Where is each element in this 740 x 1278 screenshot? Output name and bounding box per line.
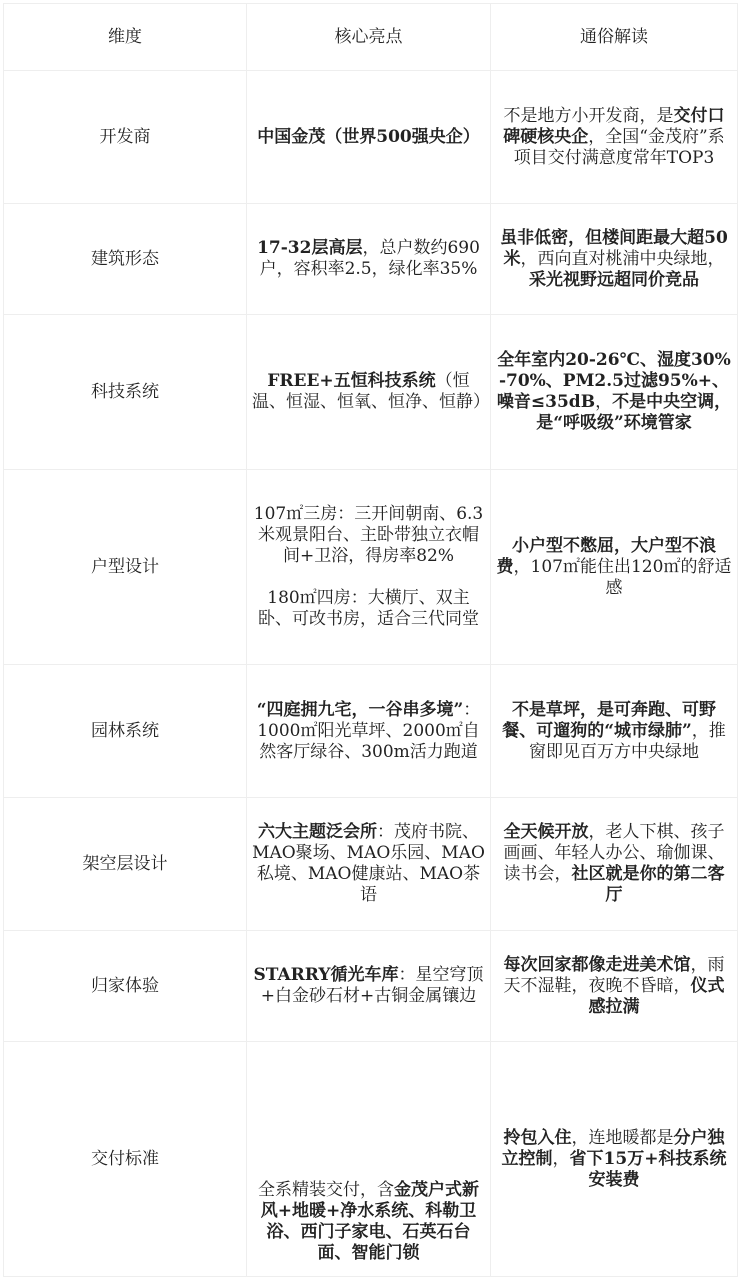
bold-text: 每次回家都像走进美术馆 <box>504 955 691 975</box>
highlight-cell: 六大主题泛会所：茂府书院、MAO聚场、MAO乐园、MAO私境、MAO健康站、MA… <box>247 798 491 931</box>
table-row: 园林系统“四庭拥九宅，一谷串多境”：1000㎡阳光草坪、2000㎡自然客厅绿谷、… <box>4 665 738 798</box>
bold-text: FREE+五恒科技系统 <box>267 371 435 391</box>
interpretation-cell: 小户型不憋屈，大户型不浪费，107㎡能住出120㎡的舒适感 <box>491 470 738 665</box>
highlight-cell: STARRY循光车库：星空穹顶+白金砂石材+古铜金属镶边 <box>247 931 491 1042</box>
table-header-row: 维度 核心亮点 通俗解读 <box>4 4 738 71</box>
bold-text: 采光视野远超同价竞品 <box>529 270 699 290</box>
table-row: 交付标准全系精装交付，含金茂户式新风+地暖+净水系统、科勒卫浴、西门子家电、石英… <box>4 1042 738 1277</box>
paragraph: 每次回家都像走进美术馆，雨天不湿鞋，夜晚不昏暗，仪式感拉满 <box>504 955 725 1017</box>
table-row: 科技系统FREE+五恒科技系统（恒温、恒湿、恒氧、恒净、恒静）全年室内20-26… <box>4 315 738 470</box>
bold-text: 社区就是你的第二客厅 <box>572 864 725 905</box>
paragraph: “四庭拥九宅，一谷串多境”：1000㎡阳光草坪、2000㎡自然客厅绿谷、300m… <box>257 700 481 762</box>
interpretation-cell: 每次回家都像走进美术馆，雨天不湿鞋，夜晚不昏暗，仪式感拉满 <box>491 931 738 1042</box>
interpretation-cell: 全年室内20-26℃、湿度30%-70%、PM2.5过滤95%+、噪音≤35dB… <box>491 315 738 470</box>
interpretation-cell: 拎包入住，连地暖都是分户独立控制，省下15万+科技系统安装费 <box>491 1042 738 1277</box>
bold-text: 不是草坪，是可奔跑、可野餐、可遛狗的“城市绿肺” <box>502 700 716 741</box>
header-dimension: 维度 <box>4 4 247 71</box>
table-row: 建筑形态17-32层高层，总户数约690户，容积率2.5，绿化率35%虽非低密，… <box>4 204 738 315</box>
dimension-cell: 开发商 <box>4 71 247 204</box>
header-interpretation: 通俗解读 <box>491 4 738 71</box>
paragraph: 不是草坪，是可奔跑、可野餐、可遛狗的“城市绿肺”，推窗即见百万方中央绿地 <box>502 700 726 762</box>
dimension-cell: 建筑形态 <box>4 204 247 315</box>
paragraph: 全年室内20-26℃、湿度30%-70%、PM2.5过滤95%+、噪音≤35dB… <box>497 350 731 433</box>
table-row: 归家体验STARRY循光车库：星空穹顶+白金砂石材+古铜金属镶边每次回家都像走进… <box>4 931 738 1042</box>
text: ，西向直对桃浦中央绿地， <box>521 249 725 269</box>
table-row: 户型设计107㎡三房：三开间朝南、6.3米观景阳台、主卧带独立衣帽间+卫浴，得房… <box>4 470 738 665</box>
text: 全系精装交付，含 <box>258 1180 394 1200</box>
paragraph: 107㎡三房：三开间朝南、6.3米观景阳台、主卧带独立衣帽间+卫浴，得房率82% <box>254 504 483 566</box>
text: ，107㎡能住出120㎡的舒适感 <box>514 557 732 598</box>
bold-text: “四庭拥九宅，一谷串多境” <box>257 700 464 720</box>
paragraph: 拎包入住，连地暖都是分户独立控制，省下15万+科技系统安装费 <box>502 1128 727 1190</box>
highlight-cell: 全系精装交付，含金茂户式新风+地暖+净水系统、科勒卫浴、西门子家电、石英石台面、… <box>247 1042 491 1277</box>
highlight-cell: 17-32层高层，总户数约690户，容积率2.5，绿化率35% <box>247 204 491 315</box>
table-row: 开发商中国金茂（世界500强央企）不是地方小开发商，是交付口碑硬核央企，全国“金… <box>4 71 738 204</box>
paragraph: 180㎡四房：大横厅、双主卧、可改书房，适合三代同堂 <box>258 588 479 629</box>
text: ， <box>595 392 612 412</box>
highlight-cell: 中国金茂（世界500强央企） <box>247 71 491 204</box>
table-row: 架空层设计六大主题泛会所：茂府书院、MAO聚场、MAO乐园、MAO私境、MAO健… <box>4 798 738 931</box>
bold-text: 17-32层高层 <box>257 238 362 258</box>
table-body: 开发商中国金茂（世界500强央企）不是地方小开发商，是交付口碑硬核央企，全国“金… <box>4 71 738 1277</box>
interpretation-cell: 不是草坪，是可奔跑、可野餐、可遛狗的“城市绿肺”，推窗即见百万方中央绿地 <box>491 665 738 798</box>
dimension-cell: 归家体验 <box>4 931 247 1042</box>
text: 107㎡三房：三开间朝南、6.3米观景阳台、主卧带独立衣帽间+卫浴，得房率82% <box>254 504 483 566</box>
paragraph: 小户型不憋屈，大户型不浪费，107㎡能住出120㎡的舒适感 <box>497 536 732 598</box>
dimension-cell: 交付标准 <box>4 1042 247 1277</box>
bold-text: STARRY循光车库 <box>253 965 398 985</box>
interpretation-cell: 虽非低密，但楼间距最大超50米，西向直对桃浦中央绿地，采光视野远超同价竞品 <box>491 204 738 315</box>
interpretation-cell: 不是地方小开发商，是交付口碑硬核央企，全国“金茂府”系项目交付满意度常年TOP3 <box>491 71 738 204</box>
bold-text: 省下15万+科技系统安装费 <box>570 1149 727 1190</box>
dimension-cell: 架空层设计 <box>4 798 247 931</box>
paragraph: 中国金茂（世界500强央企） <box>257 127 480 147</box>
interpretation-cell: 全天候开放，老人下棋、孩子画画、年轻人办公、瑜伽课、读书会，社区就是你的第二客厅 <box>491 798 738 931</box>
paragraph: 不是地方小开发商，是交付口碑硬核央企，全国“金茂府”系项目交付满意度常年TOP3 <box>503 106 724 168</box>
paragraph: 六大主题泛会所：茂府书院、MAO聚场、MAO乐园、MAO私境、MAO健康站、MA… <box>252 822 485 905</box>
paragraph: FREE+五恒科技系统（恒温、恒湿、恒氧、恒净、恒静） <box>252 371 490 412</box>
dimension-cell: 户型设计 <box>4 470 247 665</box>
text: ，连地暖都是 <box>572 1128 674 1148</box>
spacer <box>252 1054 485 1180</box>
paragraph: 全天候开放，老人下棋、孩子画画、年轻人办公、瑜伽课、读书会，社区就是你的第二客厅 <box>504 822 725 905</box>
text: 180㎡四房：大横厅、双主卧、可改书房，适合三代同堂 <box>258 588 479 629</box>
highlight-cell: 107㎡三房：三开间朝南、6.3米观景阳台、主卧带独立衣帽间+卫浴，得房率82%… <box>247 470 491 665</box>
dimension-cell: 园林系统 <box>4 665 247 798</box>
bold-text: 六大主题泛会所 <box>258 822 377 842</box>
text: 不是地方小开发商，是 <box>504 106 674 126</box>
highlight-cell: FREE+五恒科技系统（恒温、恒湿、恒氧、恒净、恒静） <box>247 315 491 470</box>
header-highlight: 核心亮点 <box>247 4 491 71</box>
paragraph-gap <box>252 567 485 588</box>
paragraph: 全系精装交付，含金茂户式新风+地暖+净水系统、科勒卫浴、西门子家电、石英石台面、… <box>258 1180 479 1263</box>
bold-text: 全天候开放 <box>504 822 589 842</box>
text: ， <box>553 1149 570 1169</box>
bold-text: 拎包入住 <box>504 1128 572 1148</box>
bold-text: 中国金茂（世界500强央企） <box>257 127 480 147</box>
paragraph: 虽非低密，但楼间距最大超50米，西向直对桃浦中央绿地，采光视野远超同价竞品 <box>500 228 728 290</box>
dimension-cell: 科技系统 <box>4 315 247 470</box>
paragraph: 17-32层高层，总户数约690户，容积率2.5，绿化率35% <box>257 238 480 279</box>
highlight-cell: “四庭拥九宅，一谷串多境”：1000㎡阳光草坪、2000㎡自然客厅绿谷、300m… <box>247 665 491 798</box>
comparison-table: 维度 核心亮点 通俗解读 开发商中国金茂（世界500强央企）不是地方小开发商，是… <box>3 3 738 1277</box>
paragraph: STARRY循光车库：星空穹顶+白金砂石材+古铜金属镶边 <box>253 965 483 1006</box>
